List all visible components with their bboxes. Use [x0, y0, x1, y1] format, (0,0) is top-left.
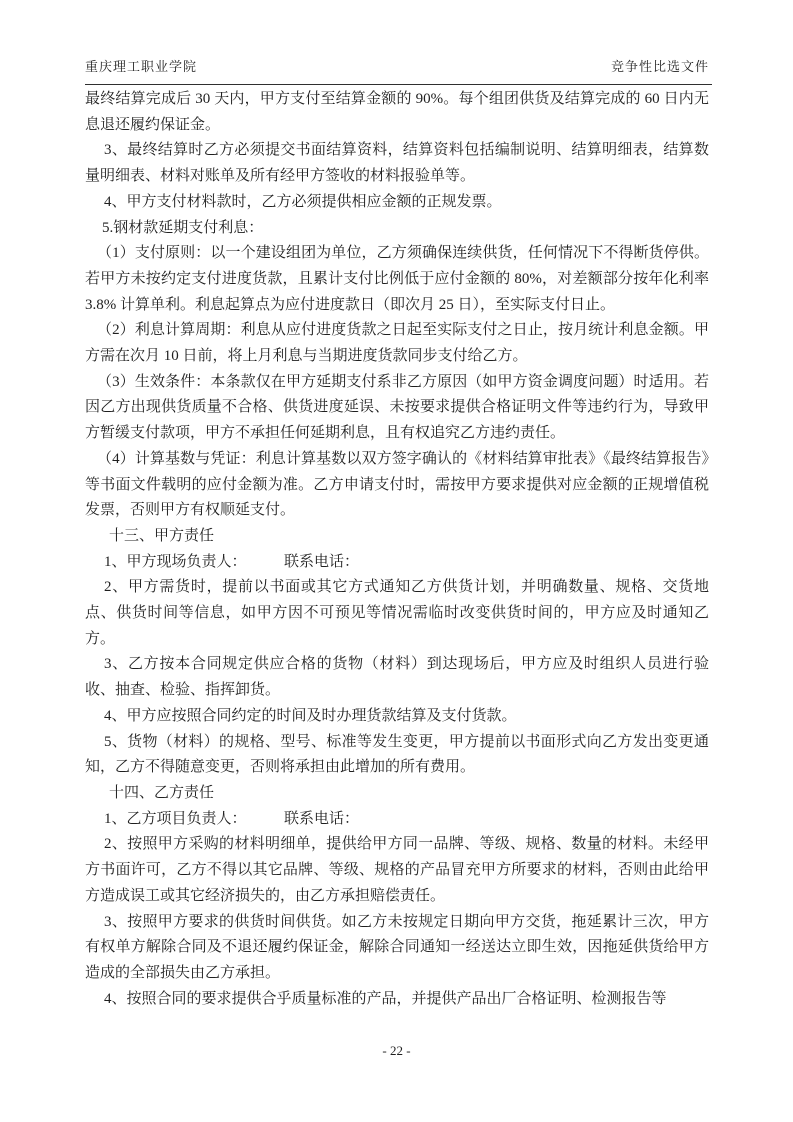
paragraph-subitem-3: （3）生效条件：本条款仅在甲方延期支付系非乙方原因（如甲方资金调度问题）时适用。… — [85, 370, 709, 447]
header-school-name: 重庆理工职业学院 — [85, 58, 197, 76]
section-heading-13: 十三、甲方责任 — [85, 524, 709, 550]
paragraph-item-4: 4、甲方支付材料款时，乙方必须提供相应金额的正规发票。 — [85, 190, 709, 216]
page-number: - 22 - — [0, 1043, 793, 1059]
paragraph-item: 5、货物（材料）的规格、型号、标准等发生变更，甲方提前以书面形式向乙方发出变更通… — [85, 730, 709, 781]
paragraph-subitem-4: （4）计算基数与凭证：利息计算基数以双方签字确认的《材料结算审批表》《最终结算报… — [85, 447, 709, 524]
document-page: 重庆理工职业学院 竞争性比选文件 最终结算完成后 30 天内，甲方支付至结算金额… — [0, 0, 793, 1122]
header-divider — [85, 84, 712, 85]
paragraph-item: 2、甲方需货时，提前以书面或其它方式通知乙方供货计划，并明确数量、规格、交货地点… — [85, 575, 709, 652]
paragraph-item-5: 5.钢材款延期支付利息： — [85, 216, 709, 242]
paragraph-item: 4、按照合同的要求提供合乎质量标准的产品，并提供产品出厂合格证明、检测报告等 — [85, 987, 709, 1013]
paragraph-contact-a: 1、甲方现场负责人： 联系电话： — [85, 550, 709, 576]
paragraph-contact-b: 1、乙方项目负责人： 联系电话： — [85, 807, 709, 833]
paragraph-item: 3、乙方按本合同规定供应合格的货物（材料）到达现场后，甲方应及时组织人员进行验收… — [85, 652, 709, 703]
paragraph-item: 3、按照甲方要求的供货时间供货。如乙方未按规定日期向甲方交货，拖延累计三次，甲方… — [85, 910, 709, 987]
document-body: 最终结算完成后 30 天内，甲方支付至结算金额的 90%。每个组团供货及结算完成… — [85, 87, 709, 1012]
page-header: 重庆理工职业学院 竞争性比选文件 — [85, 58, 709, 76]
paragraph-item-3: 3、最终结算时乙方必须提交书面结算资料，结算资料包括编制说明、结算明细表，结算数… — [85, 138, 709, 189]
paragraph-item: 4、甲方应按照合同约定的时间及时办理货款结算及支付货款。 — [85, 704, 709, 730]
header-doc-type: 竞争性比选文件 — [611, 58, 709, 76]
section-heading-14: 十四、乙方责任 — [85, 781, 709, 807]
paragraph-subitem-1: （1）支付原则：以一个建设组团为单位，乙方须确保连续供货，任何情况下不得断货停供… — [85, 241, 709, 318]
paragraph-continuation: 最终结算完成后 30 天内，甲方支付至结算金额的 90%。每个组团供货及结算完成… — [85, 87, 709, 138]
paragraph-subitem-2: （2）利息计算周期：利息从应付进度货款之日起至实际支付之日止，按月统计利息金额。… — [85, 318, 709, 369]
paragraph-item: 2、按照甲方采购的材料明细单，提供给甲方同一品牌、等级、规格、数量的材料。未经甲… — [85, 832, 709, 909]
